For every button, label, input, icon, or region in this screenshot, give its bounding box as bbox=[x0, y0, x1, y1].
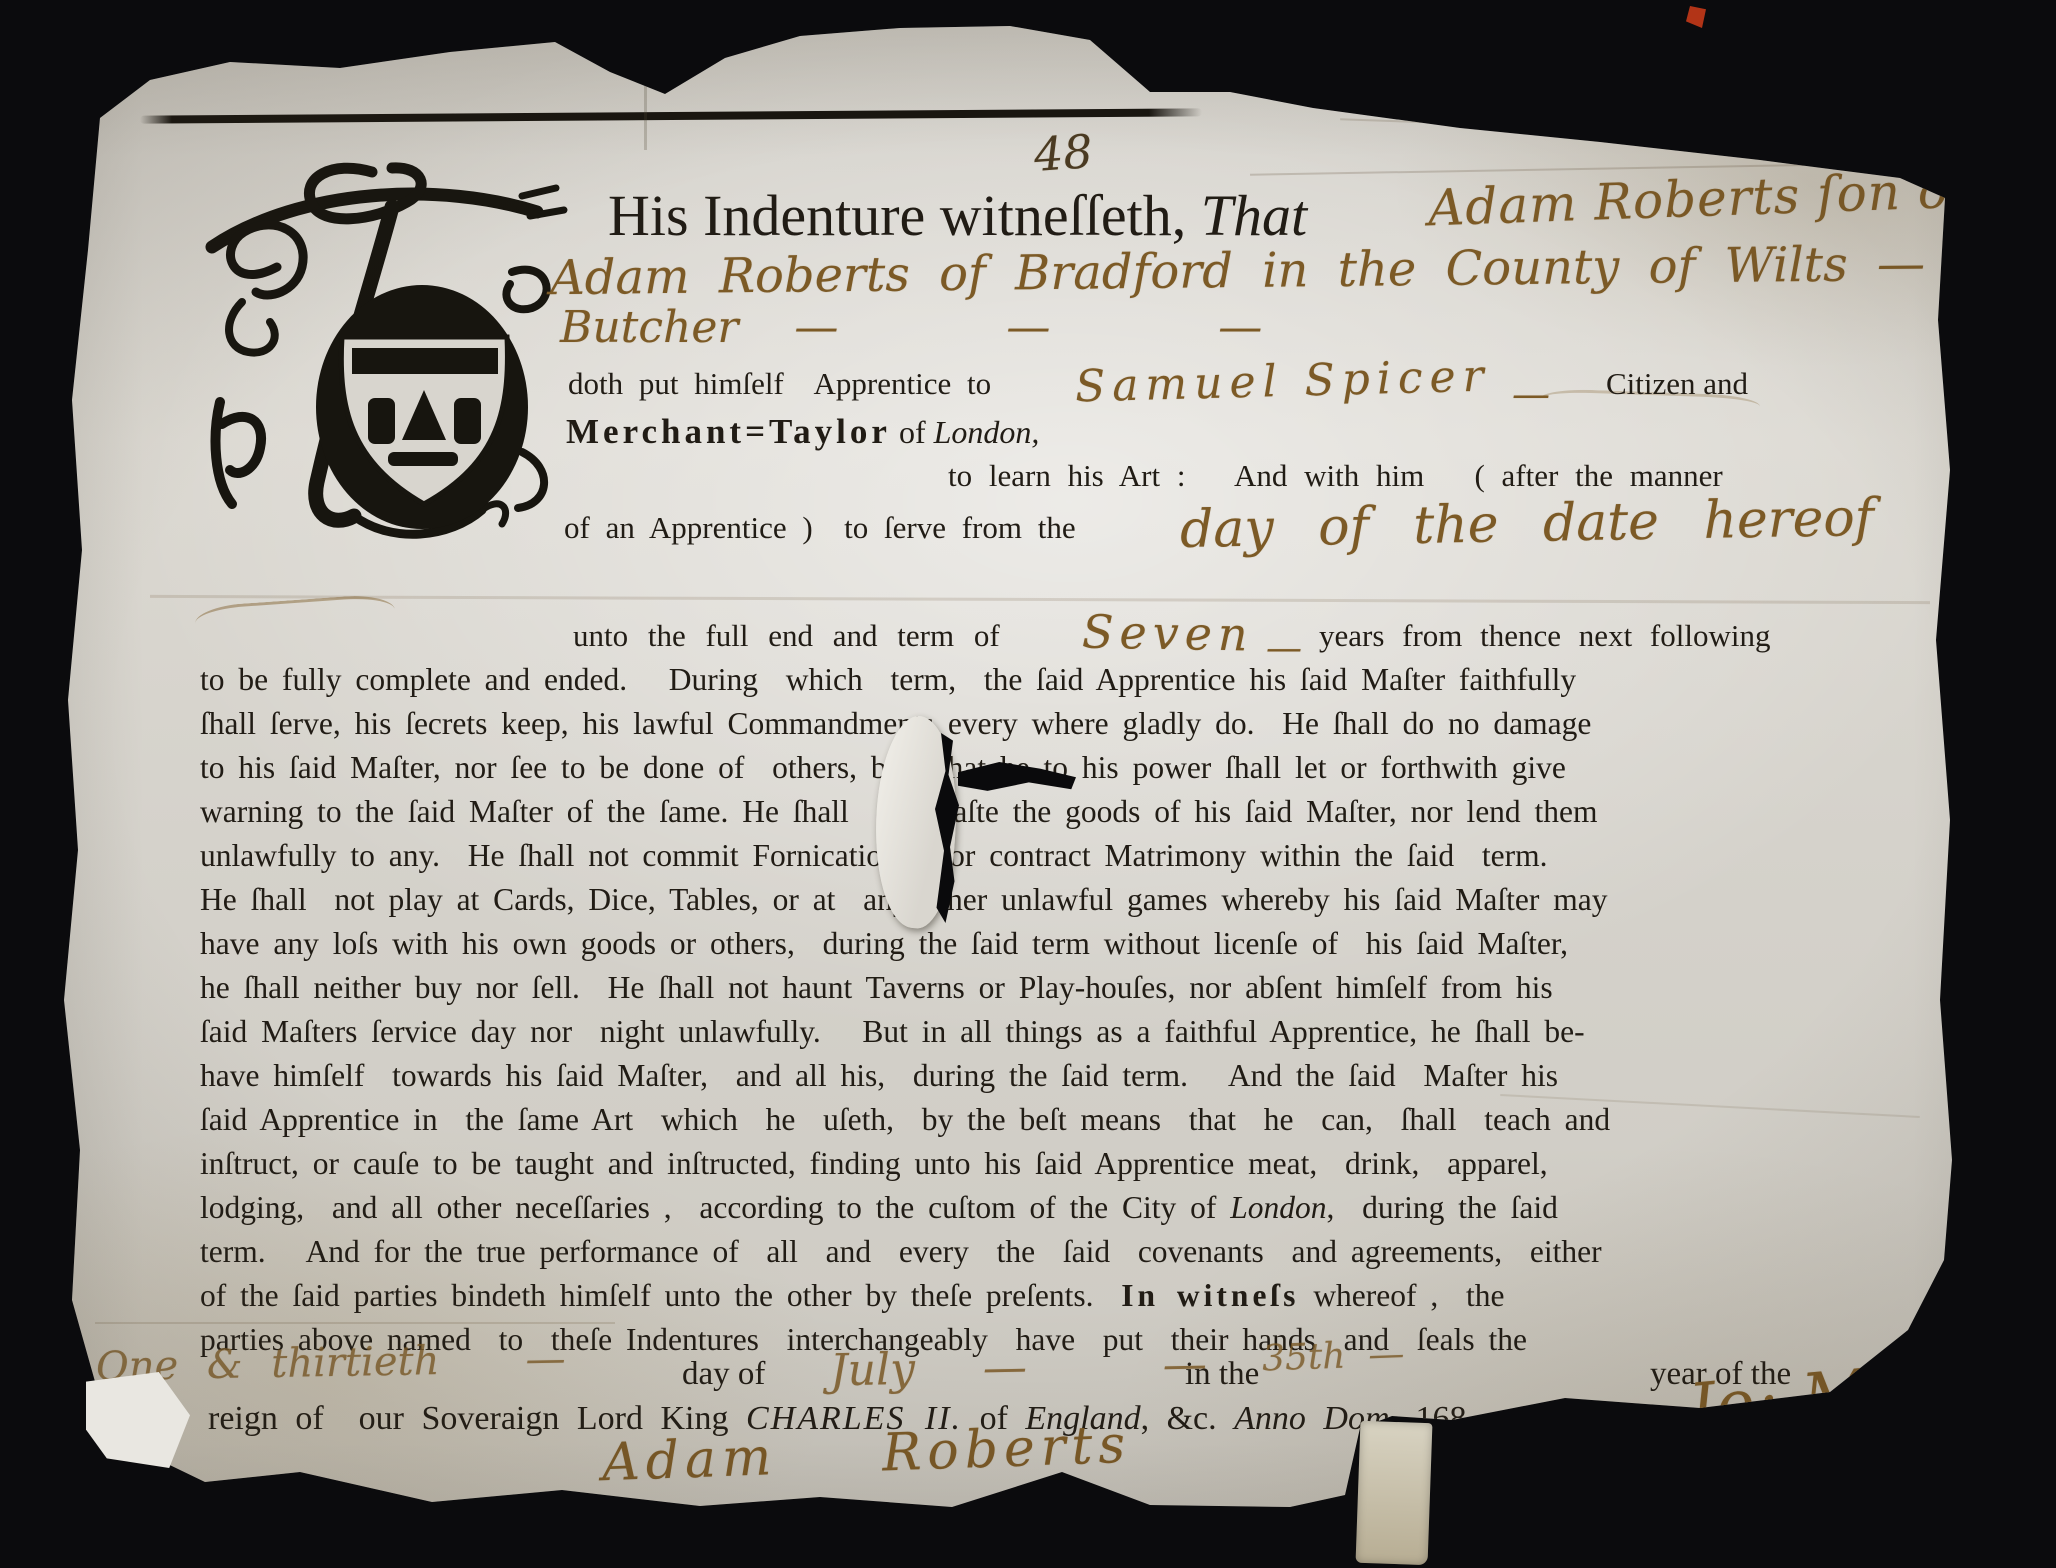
clause-learn: to learn his Art : And with him ( after … bbox=[948, 458, 1723, 494]
body-line-13-london: London bbox=[1230, 1190, 1326, 1225]
heading-print: His Indenture witneſſeth, bbox=[608, 183, 1201, 248]
heading-line: His Indenture witneſſeth, That bbox=[608, 182, 1307, 249]
hw-master-name: Samuel Spicer bbox=[1074, 351, 1491, 413]
top-rule-line bbox=[140, 108, 1202, 123]
body-line-13: lodging, and all other neceſſaries , acc… bbox=[200, 1190, 1860, 1226]
photograph-of-indenture: 48 His Indenture witneſſeth, That Adam R… bbox=[0, 0, 2056, 1568]
hw-master-dash: — bbox=[1512, 372, 1550, 416]
body-line-09: ſaid Maſters ſervice day nor night unlaw… bbox=[200, 1014, 1860, 1050]
body-line-10: have himſelf towards his ſaid Maſter, an… bbox=[200, 1058, 1860, 1094]
decorative-initial-icon bbox=[182, 152, 574, 584]
reign-amp: , &c. bbox=[1141, 1400, 1235, 1437]
company-of: of bbox=[891, 414, 934, 450]
crease-line bbox=[150, 595, 1930, 604]
page-number: 48 bbox=[1032, 124, 1094, 182]
crease-line bbox=[644, 30, 647, 150]
body-line-12: inſtruct, or cauſe to be taught and inſt… bbox=[200, 1146, 1860, 1182]
hw-year-digit: 3 bbox=[1612, 1400, 1639, 1449]
body-line-13-post: , during the ſaid bbox=[1327, 1190, 1558, 1225]
company-city: London, bbox=[934, 414, 1040, 450]
clause-serve: of an Apprentice ) to ſerve from the bbox=[564, 510, 1076, 546]
pen-flourish bbox=[194, 593, 396, 640]
body-line-07: have any loſs with his own goods or othe… bbox=[200, 926, 1860, 962]
red-mark bbox=[1686, 6, 1706, 28]
closing-in-the: in the bbox=[1185, 1356, 1259, 1393]
body-line-15-pre: of the ſaid parties bindeth himſelf unto… bbox=[200, 1278, 1121, 1313]
company-gothic: Merchant=Taylor bbox=[566, 412, 891, 451]
body-line-06: He ſhall not play at Cards, Dice, Tables… bbox=[200, 882, 1860, 918]
body-line-15: of the ſaid parties bindeth himſelf unto… bbox=[200, 1278, 1860, 1314]
body-line-13-pre: lodging, and all other neceſſaries , acc… bbox=[200, 1190, 1230, 1225]
body-line-05: unlawfully to any. He ſhall not commit F… bbox=[200, 838, 1860, 874]
crease-line bbox=[1340, 118, 1900, 140]
hw-trade-line: Butcher — — — bbox=[560, 302, 1262, 353]
hanging-seal-tag bbox=[1356, 1421, 1433, 1565]
term-post: years from thence next following bbox=[1319, 618, 1770, 654]
closing-day-of: day of bbox=[682, 1356, 765, 1393]
body-line-08: he ſhall neither buy nor ſell. He ſhall … bbox=[200, 970, 1860, 1006]
hw-serve-from: day of the date hereof bbox=[1180, 488, 1875, 560]
clause-company-line: Merchant=Taylor of London, bbox=[566, 412, 1039, 452]
term-pre: unto the full end and term of bbox=[573, 618, 1000, 654]
body-line-02: ſhall ſerve, his ſecrets keep, his lawfu… bbox=[200, 706, 1860, 742]
body-line-11: ſaid Apprentice in the ſame Art which he… bbox=[200, 1102, 1860, 1138]
heading-that: That bbox=[1201, 183, 1307, 248]
body-line-15-witness: In witneſs bbox=[1121, 1278, 1299, 1313]
body-line-01: to be fully complete and ended. During w… bbox=[200, 662, 1860, 698]
clause-doth: doth put himſelf Apprentice to bbox=[568, 366, 991, 402]
hw-term-years: Seven bbox=[1082, 605, 1254, 662]
hw-day-number: One & thirtieth — bbox=[96, 1336, 566, 1390]
clause-citizen: Citizen and bbox=[1606, 366, 1748, 402]
hw-apprentice-name: Adam Roberts ſon of bbox=[1427, 161, 1969, 238]
parchment-sheet: 48 His Indenture witneſſeth, That Adam R… bbox=[0, 0, 2056, 1568]
body-line-04: warning to the ſaid Maſter of the ſame. … bbox=[200, 794, 1860, 830]
body-line-15-post: whereof , the bbox=[1299, 1278, 1504, 1313]
body-line-14: term. And for the true performance of al… bbox=[200, 1234, 1860, 1270]
hw-regnal-year: 35th — bbox=[1261, 1334, 1405, 1380]
hw-month: July — — bbox=[830, 1339, 1208, 1397]
